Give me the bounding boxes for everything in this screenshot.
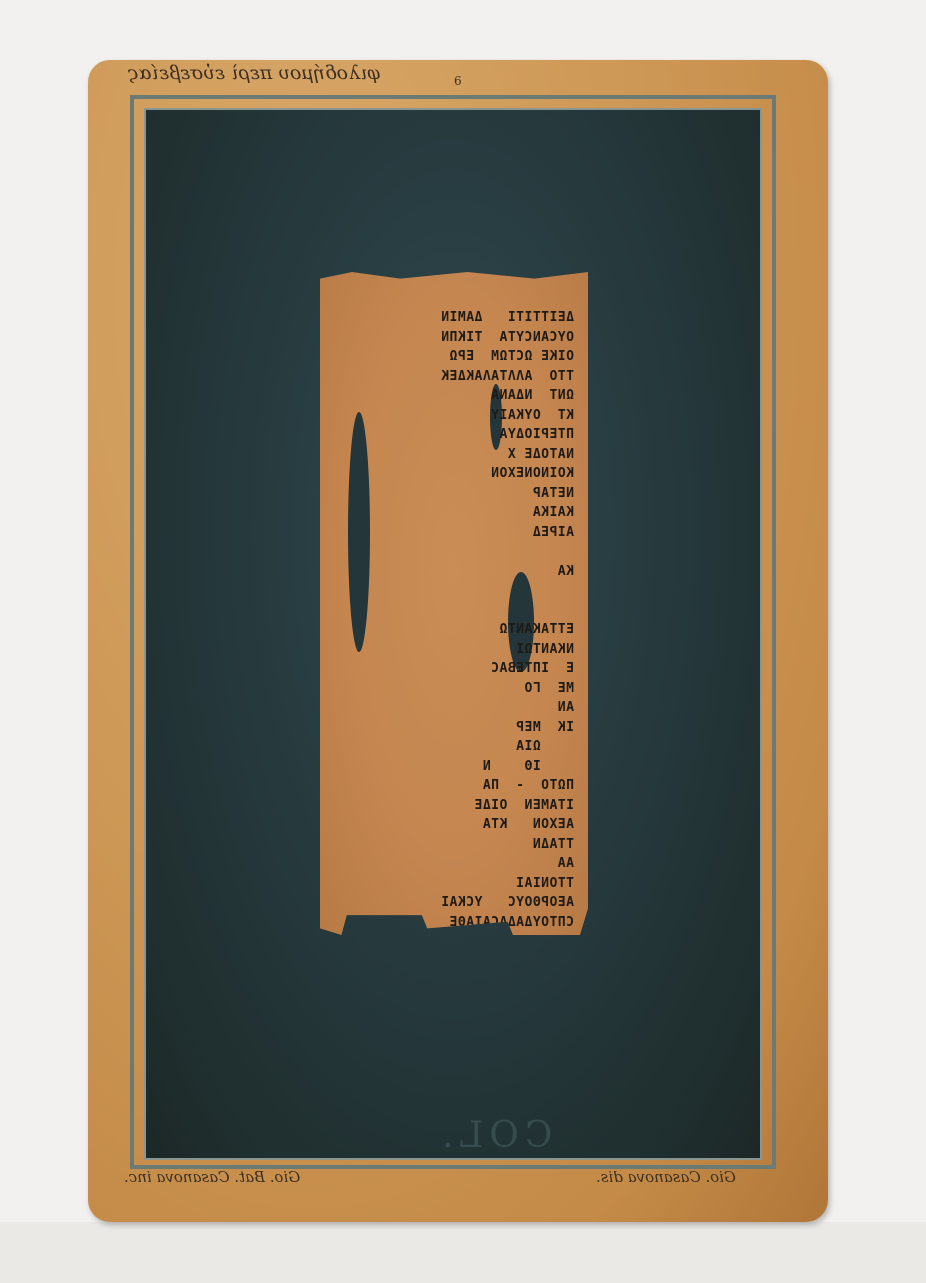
text-line: ΠΤΕΡΙΟΔΥΑ [338,425,574,445]
text-line [338,542,574,562]
text-line: ΤΤΑΔΝ [338,835,574,855]
text-line: ΑΕΟΡΘΟΥC ΥCΚΑΙ [338,893,574,913]
engraver-signature: Gio. Bat. Casanova inc. [124,1168,300,1186]
text-line: ΙΤΑΜΕΝ ΟΙΔΕ [338,796,574,816]
text-line: ΑΕΧΟΝ ΚΤΑ [338,815,574,835]
copper-plate: φιλοδήμου περὶ εὐσεβείας 6 COL. ΔΕΙΤΤΙΤΙ… [88,60,828,1222]
text-line: ΚΑΙΚΑ [338,503,574,523]
ghost-column-mark: COL. [436,1115,552,1156]
text-line: ΚΤ ΟΥΚΑΙΥ [338,406,574,426]
text-line: ΔΕΙΤΤΙΤΙ ΔΑΜΙΝ [338,308,574,328]
text-line: ΕΤΤΑΚΑΝΤΩ [338,620,574,640]
text-line: ΤΤΟΝΙΑΙ [338,874,574,894]
text-line: ΤΤΟ ΑΛΛΤΑΛΑΚΔΕΚ [338,367,574,387]
plate-title-inscription: φιλοδήμου περὶ εὐσεβείας [128,62,381,84]
text-line: ΝΚΑΝΤΩΙ [338,640,574,660]
text-line [338,601,574,621]
text-line: ΟΙΚΕ ΩCΤΩΜ ΕΡΩ [338,347,574,367]
papyrus-greek-text: ΔΕΙΤΤΙΤΙ ΔΑΜΙΝ ΟΥCΑΝCΥΤΑ ΤΙΚΠΝ ΟΙΚΕ ΩCΤΩ… [338,308,574,952]
text-line: ΑΙΡΕΔ [338,523,574,543]
text-line: ΩΙΑ [338,737,574,757]
text-line: Ε ΙΠΤΕΒΑC [338,659,574,679]
text-line: ΙΚ ΜΕΡ [338,718,574,738]
text-line: ΑΑ [338,854,574,874]
text-line: ΚΑ [338,562,574,582]
text-line: ΚΟΙΝΟΝΕΧΟΝ [338,464,574,484]
text-line [338,581,574,601]
papyrus-fragment: ΔΕΙΤΤΙΤΙ ΔΑΜΙΝ ΟΥCΑΝCΥΤΑ ΤΙΚΠΝ ΟΙΚΕ ΩCΤΩ… [320,272,588,935]
text-line: ΠΩΤΟ - ΠΑ [338,776,574,796]
text-line: ΝΕΤΑΡ [338,484,574,504]
text-line: ΝΑΤΟΔΕ Χ [338,445,574,465]
text-line: ΟΥCΑΝCΥΤΑ ΤΙΚΠΝ [338,328,574,348]
background-surface [0,1222,926,1283]
plate-number: 6 [454,74,462,88]
text-line: ΜΕ ΓΟ [338,679,574,699]
text-line: ΩΝΤ ΝΔΑΝΑ [338,386,574,406]
text-line: ΙΘ Ν [338,757,574,777]
text-line: ΑΝ [338,698,574,718]
draughtsman-signature: Gio. Casanova dis. [596,1168,736,1186]
